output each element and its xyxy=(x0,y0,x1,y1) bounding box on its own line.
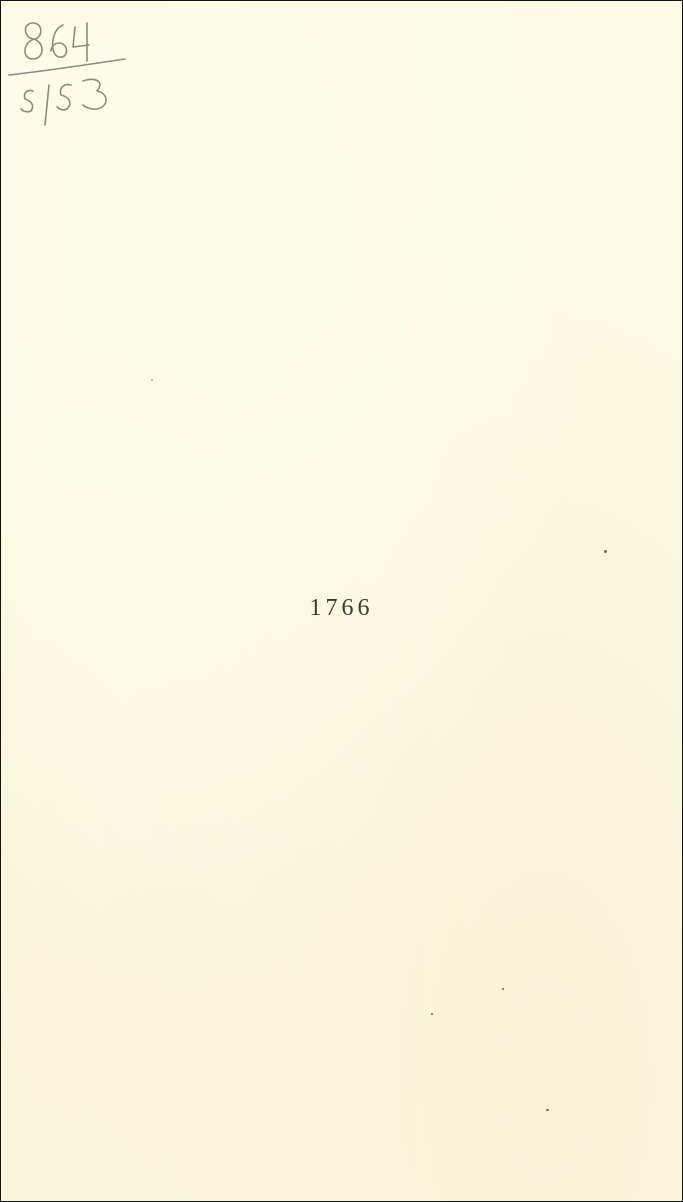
paper-speck xyxy=(546,1109,549,1111)
paper-speck xyxy=(431,1013,433,1015)
paper-speck xyxy=(604,550,607,553)
paper-speck xyxy=(502,988,504,990)
publication-year: 1766 xyxy=(1,595,682,622)
pencil-annotation: 864 5/53 xyxy=(5,15,135,135)
paper-speck xyxy=(151,379,153,381)
scanned-book-page: 864 5/53 1766 xyxy=(0,0,683,1202)
handwritten-numbers-icon xyxy=(5,15,135,135)
